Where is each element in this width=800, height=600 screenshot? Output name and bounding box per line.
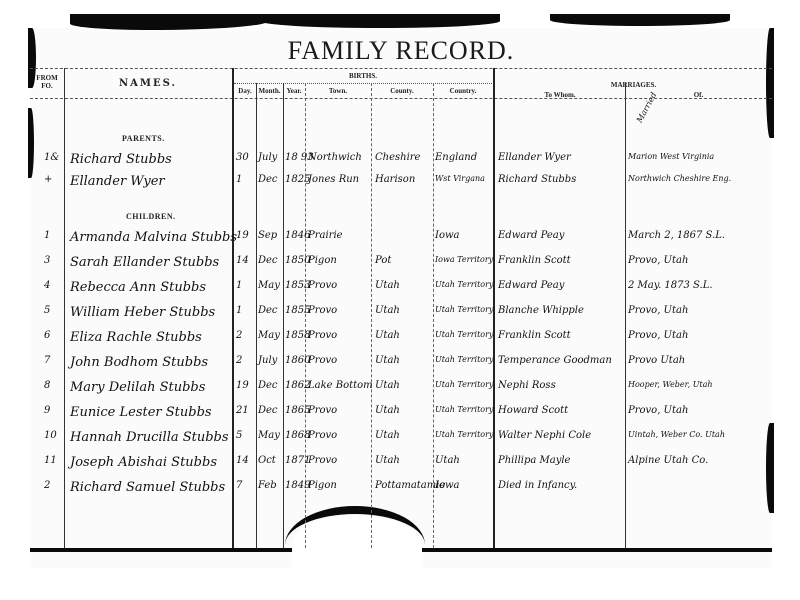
children-row: 3Sarah Ellander Stubbs14Dec1850PigonPotI… [30,253,772,275]
children-town: Pigon [308,255,337,266]
children-year: 1862 [285,380,310,391]
children-year: 1865 [285,405,310,416]
children-name: Eunice Lester Stubbs [70,405,212,420]
children-town: Prairie [308,230,343,241]
children-of: Provo, Utah [628,405,688,416]
parents-row: +Ellander Wyer1Dec1825Jones RunHarisonWs… [30,172,772,194]
children-day: 2 [236,330,242,341]
children-month: Dec [258,380,278,391]
children-num: 9 [44,405,50,416]
children-num: 1 [44,230,50,241]
header-marriages: MARRIAGES. [495,81,772,89]
children-num: 2 [44,480,50,491]
children-row: 6Eliza Rachle Stubbs2May1858ProvoUtahUta… [30,328,772,350]
children-row: 9Eunice Lester Stubbs21Dec1865ProvoUtahU… [30,403,772,425]
children-month: Dec [258,305,278,316]
children-town: Provo [308,430,337,441]
parents-day: 1 [236,174,242,185]
children-month: Feb [258,480,277,491]
burned-edge-top-right [550,14,730,26]
children-county: Utah [375,355,400,366]
children-town: Lake Bottom [308,380,373,391]
children-month: Dec [258,255,278,266]
children-month: Dec [258,405,278,416]
children-day: 21 [236,405,249,416]
children-of: Provo, Utah [628,330,688,341]
children-year: 1868 [285,430,310,441]
parents-row: 1&Richard Stubbs30July18 93NorthwichChes… [30,150,772,172]
children-day: 14 [236,455,249,466]
children-row: 2Richard Samuel Stubbs7Feb1849PigonPotta… [30,478,772,500]
header-country: Country. [433,87,493,95]
children-month: May [258,280,280,291]
births-subheader-rule [234,83,492,84]
children-day: 7 [236,480,242,491]
children-row: 11Joseph Abishai Stubbs14Oct1871ProvoUta… [30,453,772,475]
children-name: John Bodhom Stubbs [70,355,208,370]
header-births: BIRTHS. [234,72,492,80]
family-record-page: FAMILY RECORD. FROM FO. NAMES. BIRTHS. D… [30,28,772,568]
parents-month: July [258,152,277,163]
children-year: 1846 [285,230,310,241]
header-county: County. [371,87,433,95]
children-name: Armanda Malvina Stubbs [70,230,237,245]
children-year: 1855 [285,305,310,316]
children-year: 1853 [285,280,310,291]
children-num: 8 [44,380,50,391]
children-row: 4Rebecca Ann Stubbs1May1853ProvoUtahUtah… [30,278,772,300]
children-country: Utah Territory [435,430,493,439]
children-county: Utah [375,405,400,416]
header-names: NAMES. [64,78,232,89]
children-row: 8Mary Delilah Stubbs19Dec1862Lake Bottom… [30,378,772,400]
children-to-whom: Franklin Scott [498,330,571,341]
children-county: Utah [375,455,400,466]
children-town: Provo [308,455,337,466]
children-county: Utah [375,430,400,441]
children-to-whom: Franklin Scott [498,255,571,266]
children-to-whom: Died in Infancy. [498,480,577,491]
children-county: Utah [375,380,400,391]
children-name: Richard Samuel Stubbs [70,480,225,495]
children-to-whom: Edward Peay [498,230,564,241]
children-town: Pigon [308,480,337,491]
children-of: Alpine Utah Co. [628,455,708,466]
header-top-rule [30,68,772,69]
children-to-whom: Walter Nephi Cole [498,430,591,441]
children-to-whom: Howard Scott [498,405,568,416]
children-town: Provo [308,305,337,316]
children-to-whom: Phillipa Mayle [498,455,570,466]
section-parents: PARENTS. [122,134,165,143]
children-of: March 2, 1867 S.L. [628,230,725,241]
children-to-whom: Edward Peay [498,280,564,291]
parents-county: Harison [375,174,415,185]
children-num: 7 [44,355,50,366]
children-country: Utah Territory [435,405,493,414]
children-row: 10Hannah Drucilla Stubbs5May1868ProvoUta… [30,428,772,450]
children-town: Provo [308,405,337,416]
children-day: 2 [236,355,242,366]
children-month: July [258,355,277,366]
children-num: 11 [44,455,57,466]
children-of: Provo, Utah [628,305,688,316]
children-num: 5 [44,305,50,316]
parents-country: Wst Virgana [435,174,485,183]
header-from-fo: FROM FO. [30,74,64,90]
children-county: Utah [375,280,400,291]
children-country: Utah Territory [435,330,493,339]
children-county: Utah [375,330,400,341]
parents-to-whom: Ellander Wyer [498,152,571,163]
children-town: Provo [308,330,337,341]
children-name: William Heber Stubbs [70,305,215,320]
parents-year: 1825 [285,174,310,185]
header-year: Year. [283,87,305,95]
parents-to-whom: Richard Stubbs [498,174,576,185]
parents-month: Dec [258,174,278,185]
children-day: 19 [236,380,249,391]
children-name: Joseph Abishai Stubbs [70,455,217,470]
parents-of: Marion West Virginia [628,152,714,161]
burned-hole-gap [292,516,422,576]
parents-name: Ellander Wyer [70,174,165,189]
children-year: 1860 [285,355,310,366]
parents-country: England [435,152,477,163]
header-town: Town. [305,87,371,95]
children-town: Provo [308,280,337,291]
parents-county: Cheshire [375,152,420,163]
parents-of: Northwich Cheshire Eng. [628,174,731,183]
parents-num: 1& [44,152,59,163]
header-day: Day. [234,87,256,95]
children-name: Rebecca Ann Stubbs [70,280,206,295]
children-day: 1 [236,305,242,316]
children-name: Sarah Ellander Stubbs [70,255,219,270]
children-day: 1 [236,280,242,291]
children-day: 19 [236,230,249,241]
children-of: Provo, Utah [628,255,688,266]
children-row: 7John Bodhom Stubbs2July1860ProvoUtahUta… [30,353,772,375]
header-month: Month. [256,87,283,95]
children-num: 10 [44,430,57,441]
children-day: 14 [236,255,249,266]
children-country: Iowa Territory [435,255,493,264]
children-row: 5William Heber Stubbs1Dec1855ProvoUtahUt… [30,303,772,325]
header-to-whom: To Whom. [495,91,625,99]
children-row: 1Armanda Malvina Stubbs19Sep1846PrairieI… [30,228,772,250]
children-num: 4 [44,280,50,291]
children-country: Utah Territory [435,280,493,289]
children-month: Oct [258,455,276,466]
children-day: 5 [236,430,242,441]
parents-name: Richard Stubbs [70,152,172,167]
children-year: 1858 [285,330,310,341]
parents-day: 30 [236,152,249,163]
children-name: Mary Delilah Stubbs [70,380,205,395]
children-name: Hannah Drucilla Stubbs [70,430,229,445]
children-month: May [258,430,280,441]
children-country: Iowa [435,480,460,491]
children-of: Uintah, Weber Co. Utah [628,430,725,439]
children-month: Sep [258,230,277,241]
page-title: FAMILY RECORD. [30,36,772,66]
children-to-whom: Nephi Ross [498,380,556,391]
parents-town: Jones Run [308,174,359,185]
children-country: Utah Territory [435,380,493,389]
children-county: Utah [375,305,400,316]
children-year: 1850 [285,255,310,266]
children-of: Provo Utah [628,355,685,366]
children-county: Pot [375,255,391,266]
burned-edge-top-mid [260,14,500,28]
parents-town: Northwich [308,152,362,163]
children-of: 2 May. 1873 S.L. [628,280,713,291]
children-town: Provo [308,355,337,366]
children-of: Hooper, Weber, Utah [628,380,713,389]
children-year: 1871 [285,455,310,466]
children-country: Utah [435,455,460,466]
children-country: Iowa [435,230,460,241]
parents-num: + [44,174,52,185]
children-to-whom: Temperance Goodman [498,355,612,366]
children-num: 3 [44,255,50,266]
burned-edge-top-left [70,14,270,30]
children-country: Utah Territory [435,355,493,364]
section-children: CHILDREN. [126,212,176,221]
children-to-whom: Blanche Whipple [498,305,584,316]
children-year: 1849 [285,480,310,491]
children-month: May [258,330,280,341]
children-name: Eliza Rachle Stubbs [70,330,202,345]
children-num: 6 [44,330,50,341]
children-country: Utah Territory [435,305,493,314]
